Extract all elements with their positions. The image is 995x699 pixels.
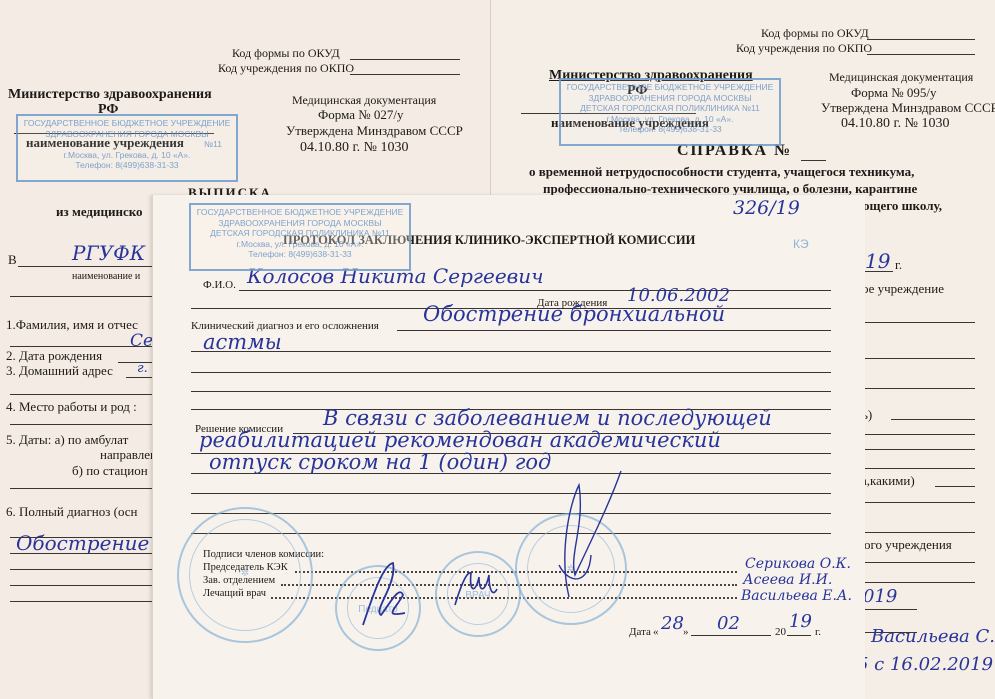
year-suffix: г. <box>895 258 902 272</box>
okpo-label: Код учреждения по ОКПО <box>218 61 354 75</box>
to-line <box>18 266 158 267</box>
okud-label-right: Код формы по ОКУД <box>761 26 869 40</box>
certificate-title: СПРАВКА № <box>677 144 792 158</box>
fio-line <box>10 346 155 347</box>
item-dates: 5. Даты: а) по амбулат <box>6 433 128 447</box>
rf-line-3 <box>865 388 975 389</box>
extract-subtitle: из медицинско <box>56 205 143 219</box>
date-year-prefix: 20 <box>775 625 786 639</box>
institution-stamp: ГОСУДАРСТВЕННОЕ БЮДЖЕТНОЕ УЧРЕЖДЕНИЕ ЗДР… <box>16 114 238 182</box>
certificate-subtitle-3: ощего школу, <box>863 199 942 213</box>
rf-line-2 <box>865 358 975 359</box>
diag-line-1 <box>10 537 155 538</box>
approved-label-right: Утверждена Минздравом СССР <box>821 101 995 115</box>
date-open-quote: « <box>653 625 659 639</box>
date-suffix: г. <box>815 625 821 639</box>
rf-line-6 <box>865 449 975 450</box>
year-line <box>863 271 893 272</box>
date-close-quote: » <box>683 625 689 639</box>
to-caption: наименование и <box>72 270 140 284</box>
decision-value-3: отпуск сроком на 1 (один) год <box>209 453 551 471</box>
frag-kakimi: а,какими) <box>861 474 915 488</box>
to-value: РГУФК <box>72 244 145 262</box>
hand-name: Васильева С.Н. <box>871 628 995 646</box>
diag-line-4 <box>10 585 155 586</box>
certificate-subtitle-2: профессионально-технического училища, о … <box>543 182 917 196</box>
approved-label: Утверждена Минздравом СССР <box>286 124 463 138</box>
dates-line <box>10 488 155 489</box>
approved-date: 04.10.80 г. № 1030 <box>300 141 409 155</box>
fio-label: Ф.И.О. <box>203 278 236 292</box>
blank-line <box>10 296 155 297</box>
diagnosis-value-1: Обострение бронхиальной <box>423 305 725 323</box>
commission-protocol-sheet: 326/19 КЭ ПРОТОКОЛ ЗАКЛЮЧЕНИЯ КЛИНИКО-ЭК… <box>152 195 865 699</box>
signature-scribble-1 <box>353 555 413 635</box>
okpo-label-right: Код учреждения по ОКПО <box>736 41 872 55</box>
signature-scribble-3 <box>529 465 629 605</box>
item-dob: 2. Дата рождения <box>6 349 102 363</box>
date-month-line <box>691 635 771 636</box>
round-stamp-institution: ✲ <box>177 507 313 643</box>
address-line-2 <box>10 394 155 395</box>
address-line <box>126 377 154 378</box>
kek-mark: КЭ <box>793 237 809 251</box>
certificate-number-line <box>801 160 826 161</box>
diag-line-5 <box>10 601 155 602</box>
form-number: Форма № 027/у <box>318 108 404 122</box>
rf-line-9 <box>865 502 975 503</box>
blank-line-2 <box>191 391 831 392</box>
dob-line <box>118 362 154 363</box>
rf-line-8 <box>935 486 975 487</box>
okud-line-right <box>867 39 975 40</box>
blank-line-1 <box>191 372 831 373</box>
registration-number: 326/19 <box>733 199 800 217</box>
ministry-heading: Министерство здравоохранения <box>8 88 212 102</box>
rf-line-11 <box>865 562 975 563</box>
date-day: 28 <box>661 615 684 633</box>
decision-value-2: реабилитацией рекомендован академический <box>199 431 721 449</box>
okud-line <box>350 59 460 60</box>
diag-line-3 <box>10 569 155 570</box>
item-fio: 1.Фамилия, имя и отчес <box>6 318 138 332</box>
institution-fragment: ное учреждение <box>855 282 944 296</box>
item-dates-inpatient: б) по стацион <box>72 464 148 478</box>
hand-date: 5 с 16.02.2019 <box>857 656 993 674</box>
item-diagnosis: 6. Полный диагноз (осн <box>6 505 138 519</box>
institution-fragment-2: ного учреждения <box>857 538 952 552</box>
rf-line-1 <box>865 322 975 323</box>
diagnosis-line-2 <box>191 351 831 352</box>
med-doc-label-right: Медицинская документация <box>829 70 973 84</box>
med-doc-label: Медицинская документация <box>292 93 436 107</box>
okud-label: Код формы по ОКУД <box>232 46 340 60</box>
item-address-value: г. <box>137 360 148 378</box>
rf-line-4 <box>891 419 975 420</box>
institution-stamp-protocol: ГОСУДАРСТВЕННОЕ БЮДЖЕТНОЕ УЧРЕЖДЕНИЕ ЗДР… <box>189 203 411 271</box>
date-year: 19 <box>789 613 812 631</box>
okpo-line <box>350 74 460 75</box>
item-address: 3. Домашний адрес <box>6 364 113 378</box>
date-year-line <box>787 635 811 636</box>
rf-line-7 <box>865 468 975 469</box>
date-label: Дата <box>629 625 651 639</box>
diagnosis-value-2: астмы <box>203 333 282 351</box>
decision-line-4 <box>191 493 831 494</box>
decision-line-5 <box>191 513 831 514</box>
institution-stamp-right: ГОСУДАРСТВЕННОЕ БЮДЖЕТНОЕ УЧРЕЖДЕНИЕ ЗДР… <box>559 78 781 146</box>
rf-line-10 <box>865 532 975 533</box>
year-value: 19 <box>865 252 890 270</box>
rf-line-13 <box>865 609 917 610</box>
form-number-right: Форма № 095/у <box>851 86 937 100</box>
certificate-subtitle-1: о временной нетрудоспособности студента,… <box>529 165 914 179</box>
item-work: 4. Место работы и род : <box>6 400 137 414</box>
doctor-signature: Васильева Е.А. <box>741 587 852 605</box>
fio-line <box>239 290 831 291</box>
hand-2019: 019 <box>863 588 897 606</box>
work-line <box>10 424 155 425</box>
approved-date-right: 04.10.80 г. № 1030 <box>841 117 950 131</box>
to-label: В <box>8 253 17 267</box>
diag-line-2 <box>10 553 155 554</box>
signature-scribble-2 <box>449 565 499 615</box>
decision-value-1: В связи с заболеванием и последующей <box>323 409 772 427</box>
rf-line-5 <box>865 434 975 435</box>
diagnosis-line <box>397 330 831 331</box>
okpo-line-right <box>867 54 975 55</box>
item-fio-value: Се <box>130 332 153 350</box>
rf-line-12 <box>865 582 975 583</box>
date-month: 02 <box>717 615 740 633</box>
